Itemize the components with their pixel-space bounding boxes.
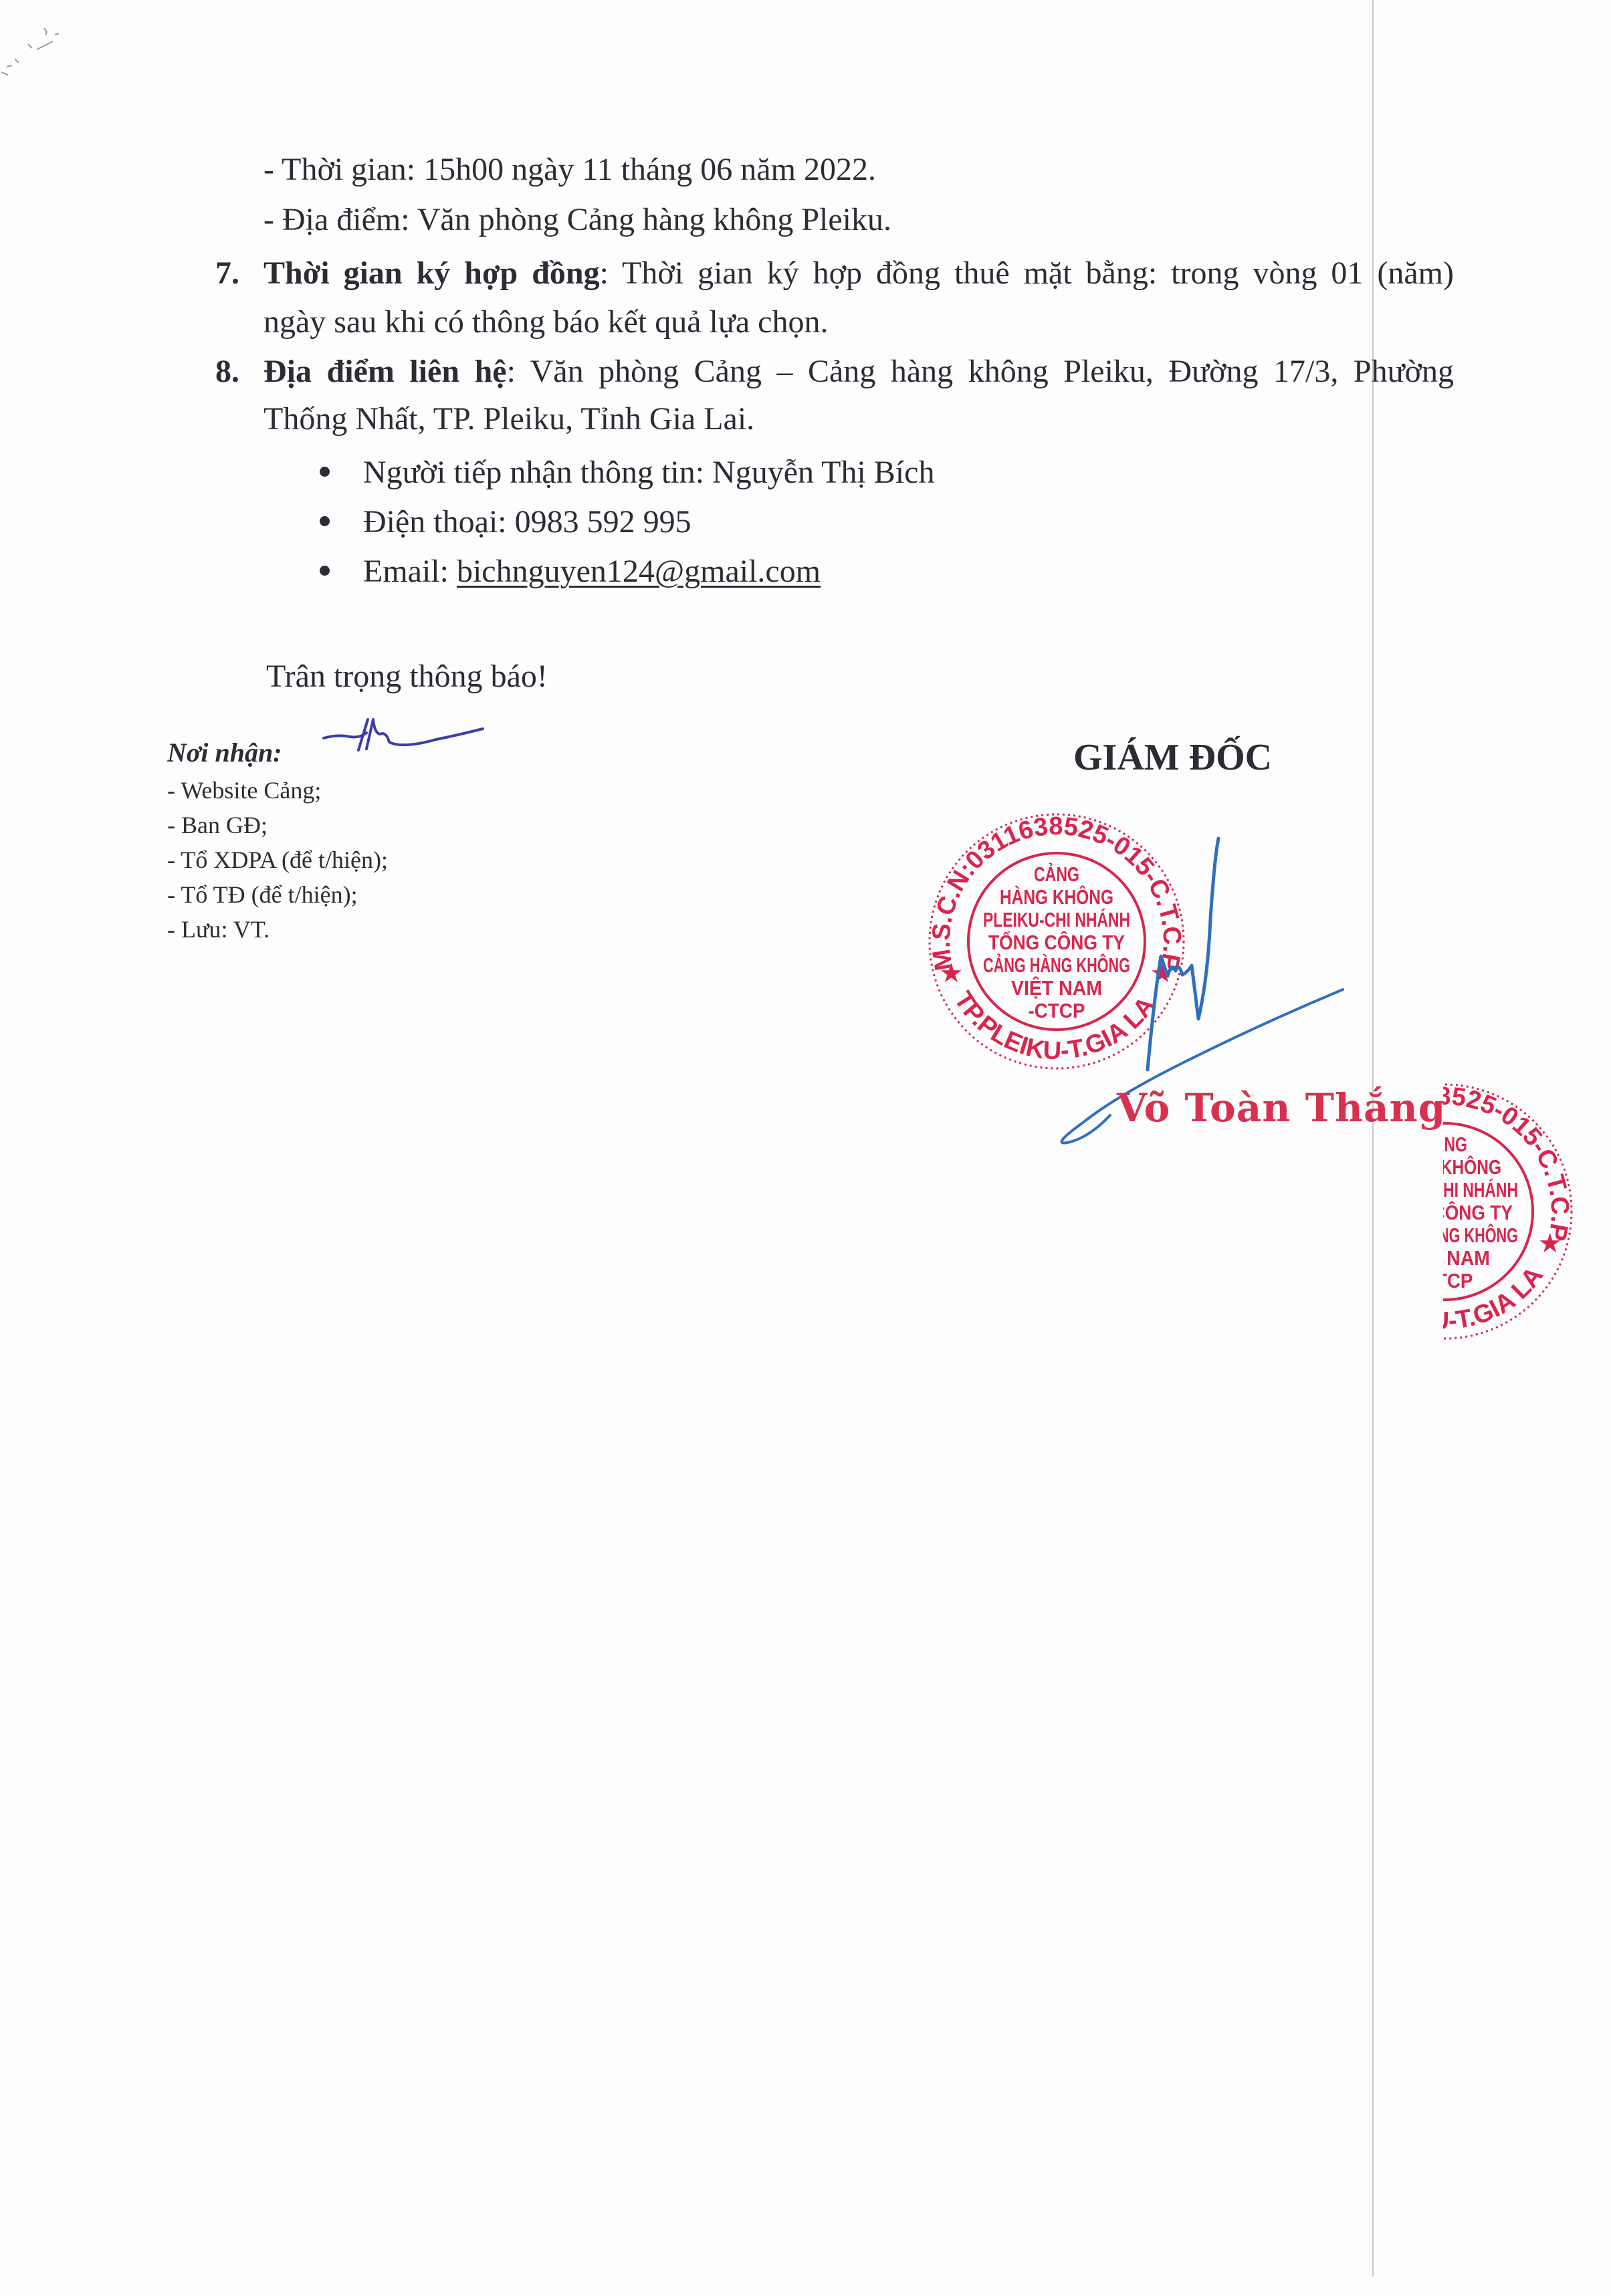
contact-phone-value: 0983 592 995 [515,504,691,540]
signer-name: Võ Toàn Thắng [1117,1088,1446,1127]
official-seal: M.S.C.N:0311638525-015-C.T.C.PTP.PLEIKU-… [0,0,1574,1339]
svg-text:TP.PLEIKU-T.GIA LAI: TP.PLEIKU-T.GIA LAI [0,0,1549,1335]
svg-text:PLEIKU-CHI NHÁNH: PLEIKU-CHI NHÁNH [1371,1178,1518,1201]
recipient-item: - Website Cảng; [167,778,321,802]
svg-text:HÀNG KHÔNG: HÀNG KHÔNG [1000,885,1113,909]
official-seal-layer: M.S.C.N:0311638525-015-C.T.C.PTP.PLEIKU-… [0,0,1611,2296]
item-7-line-1: Thời gian ký hợp đồng: Thời gian ký hợp … [263,257,1454,290]
item-8-label: Địa điểm liên hệ [263,354,507,389]
item-8-text: : Văn phòng Cảng – Cảng hàng không Pleik… [507,354,1454,389]
contact-phone: Điện thoại: 0983 592 995 [363,506,691,538]
contact-email: Email: bichnguyen124@gmail.com [363,556,821,588]
recipients-title: Nơi nhận: [167,739,282,766]
item-8-number: 8. [215,356,239,388]
svg-text:VIỆT NAM: VIỆT NAM [1011,975,1102,1000]
contact-person-label: Người tiếp nhận thông tin: [363,455,712,490]
bullet-icon [320,516,330,526]
bullet-icon [320,566,330,576]
svg-text:★: ★ [939,958,963,989]
item-7-number: 7. [215,257,239,290]
svg-text:HÀNG KHÔNG: HÀNG KHÔNG [1388,1155,1501,1179]
svg-text:TỔNG CÔNG TY: TỔNG CÔNG TY [988,930,1125,954]
document-page: - Thời gian: 15h00 ngày 11 tháng 06 năm … [0,0,1611,2296]
svg-text:-CTCP: -CTCP [1416,1269,1473,1292]
svg-text:PLEIKU-CHI NHÁNH: PLEIKU-CHI NHÁNH [983,908,1130,931]
item-7-text: : Thời gian ký hợp đồng thuê mặt bằng: t… [600,255,1454,291]
contact-email-label: Email: [363,554,457,589]
meeting-place-line: - Địa điểm: Văn phòng Cảng hàng không Pl… [263,204,891,236]
recipient-item: - Lưu: VT. [167,917,270,941]
svg-text:-CTCP: -CTCP [1029,999,1085,1022]
item-8-line-2: Thống Nhất, TP. Pleiku, Tỉnh Gia Lai. [263,403,754,435]
svg-text:CẢNG HÀNG KHÔNG: CẢNG HÀNG KHÔNG [1371,1223,1518,1247]
initials-signature [0,0,1611,2296]
svg-text:M.S.C.N:0311638525-015-C.T.C.P: M.S.C.N:0311638525-015-C.T.C.P [928,812,1186,973]
director-signature [0,0,1611,2296]
bullet-icon [320,467,330,477]
signatory-role: GIÁM ĐỐC [1073,739,1272,776]
recipient-item: - Ban GĐ; [167,813,267,837]
contact-email-link[interactable]: bichnguyen124@gmail.com [457,554,821,589]
contact-phone-label: Điện thoại: [363,504,515,540]
closing-text: Trân trọng thông báo! [266,661,548,693]
meeting-time-line: - Thời gian: 15h00 ngày 11 tháng 06 năm … [263,154,876,186]
recipient-item: - Tổ XDPA (để t/hiện); [167,848,388,872]
svg-text:CẢNG: CẢNG [1034,863,1079,886]
contact-person: Người tiếp nhận thông tin: Nguyễn Thị Bí… [363,457,934,489]
svg-text:VIỆT NAM: VIỆT NAM [1399,1246,1490,1270]
svg-text:TỔNG CÔNG TY: TỔNG CÔNG TY [1376,1200,1513,1224]
svg-text:★: ★ [1150,958,1174,989]
svg-text:★: ★ [1538,1228,1562,1259]
contact-person-value: Nguyễn Thị Bích [712,455,934,490]
svg-text:CẢNG: CẢNG [1422,1133,1467,1156]
scan-fold-line [1372,0,1374,2277]
item-7-label: Thời gian ký hợp đồng [263,255,600,291]
scan-artifact-marks [0,0,134,94]
svg-text:★: ★ [1327,1228,1351,1259]
item-8-line-1: Địa điểm liên hệ: Văn phòng Cảng – Cảng … [263,356,1454,388]
recipient-item: - Tổ TĐ (để t/hiện); [167,883,358,907]
svg-text:CẢNG HÀNG KHÔNG: CẢNG HÀNG KHÔNG [983,953,1130,977]
item-7-line-2: ngày sau khi có thông báo kết quả lựa ch… [263,306,828,338]
